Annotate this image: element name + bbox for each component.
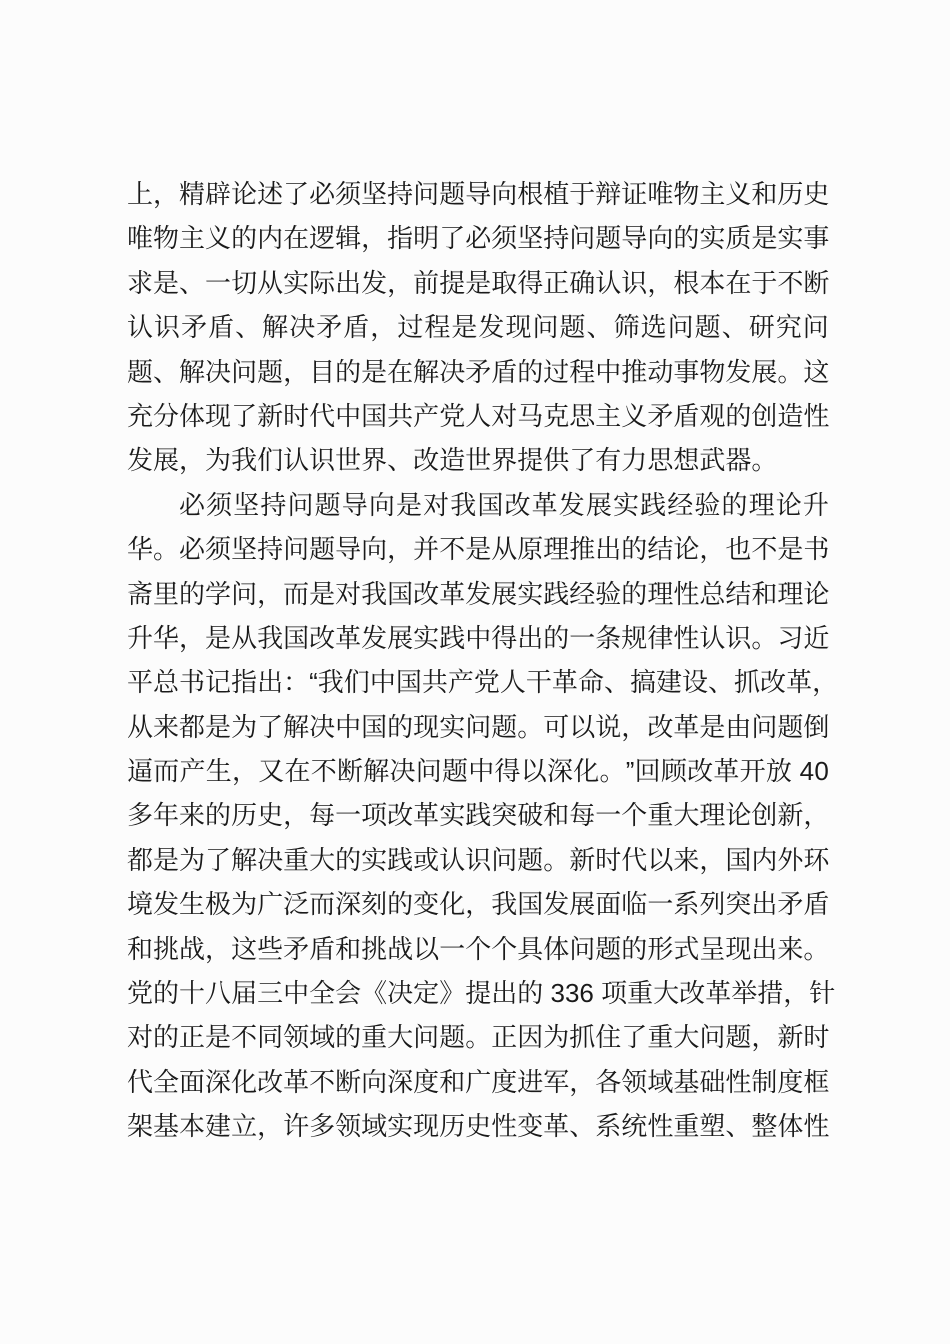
text-line: 从来都是为了解决中国的现实问题。可以说，改革是由问题倒 <box>127 705 829 749</box>
paragraph-2: 必须坚持问题导向是对我国改革发展实践经验的理论升华。必须坚持问题导向，并不是从原… <box>127 483 829 1149</box>
text-line: 升华，是从我国改革发展实践中得出的一条规律性认识。习近 <box>127 616 829 660</box>
text-line: 必须坚持问题导向是对我国改革发展实践经验的理论升 <box>127 483 829 527</box>
text-line: 党的十八届三中全会《决定》提出的 336 项重大改革举措，针 <box>127 971 829 1015</box>
text-line: 对的正是不同领域的重大问题。正因为抓住了重大问题，新时 <box>127 1015 829 1059</box>
text-line: 认识矛盾、解决矛盾，过程是发现问题、筛选问题、研究问 <box>127 305 829 349</box>
text-line: 都是为了解决重大的实践或认识问题。新时代以来，国内外环 <box>127 838 829 882</box>
text-line: 架基本建立，许多领域实现历史性变革、系统性重塑、整体性 <box>127 1104 829 1148</box>
text-line: 唯物主义的内在逻辑，指明了必须坚持问题导向的实质是实事 <box>127 216 829 260</box>
text-line: 上，精辟论述了必须坚持问题导向根植于辩证唯物主义和历史 <box>127 172 829 216</box>
text-line: 平总书记指出：“我们中国共产党人干革命、搞建设、抓改革， <box>127 660 829 704</box>
text-line: 华。必须坚持问题导向，并不是从原理推出的结论，也不是书 <box>127 527 829 571</box>
document-page: 上，精辟论述了必须坚持问题导向根植于辩证唯物主义和历史唯物主义的内在逻辑，指明了… <box>0 0 950 1344</box>
paragraph-1: 上，精辟论述了必须坚持问题导向根植于辩证唯物主义和历史唯物主义的内在逻辑，指明了… <box>127 172 829 483</box>
text-line: 充分体现了新时代中国共产党人对马克思主义矛盾观的创造性 <box>127 394 829 438</box>
text-line: 题、解决问题，目的是在解决矛盾的过程中推动事物发展。这 <box>127 350 829 394</box>
text-line: 和挑战，这些矛盾和挑战以一个个具体问题的形式呈现出来。 <box>127 927 829 971</box>
text-line: 逼而产生，又在不断解决问题中得以深化。”回顾改革开放 40 <box>127 749 829 793</box>
text-block: 上，精辟论述了必须坚持问题导向根植于辩证唯物主义和历史唯物主义的内在逻辑，指明了… <box>127 172 829 1149</box>
text-line: 求是、一切从实际出发，前提是取得正确认识，根本在于不断 <box>127 261 829 305</box>
text-line: 斋里的学问，而是对我国改革发展实践经验的理性总结和理论 <box>127 572 829 616</box>
text-line: 代全面深化改革不断向深度和广度进军，各领域基础性制度框 <box>127 1060 829 1104</box>
text-line: 境发生极为广泛而深刻的变化，我国发展面临一系列突出矛盾 <box>127 882 829 926</box>
text-line: 多年来的历史，每一项改革实践突破和每一个重大理论创新， <box>127 793 829 837</box>
text-line: 发展，为我们认识世界、改造世界提供了有力思想武器。 <box>127 438 829 482</box>
